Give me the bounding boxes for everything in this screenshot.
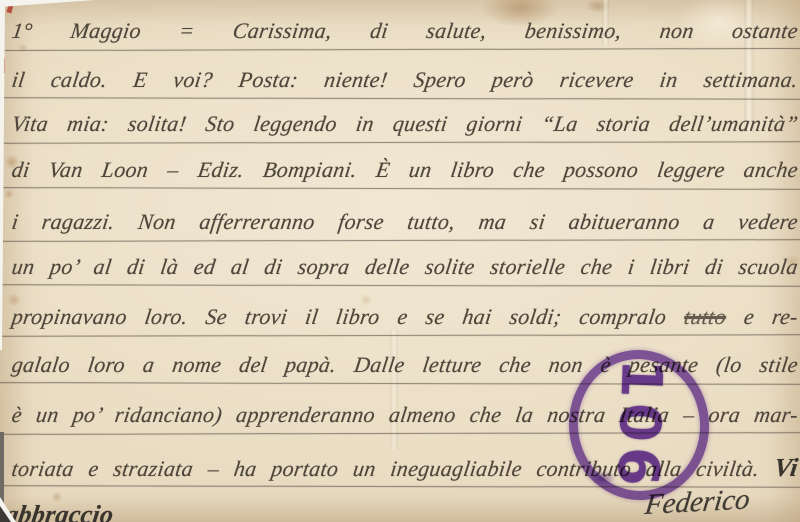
handwritten-line-3: Vita mia: solita! Sto leggendo in questi… — [9, 101, 800, 145]
stamp-ink-blotch — [585, 468, 621, 488]
red-edge-mark — [2, 58, 5, 73]
line-7-text: propinavano loro. Se trovi il libro e se… — [10, 304, 668, 329]
handwritten-line-2: il caldo. E voi? Posta: niente! Spero pe… — [9, 57, 800, 101]
postcard-scan: 1° Maggio = Carissima, di salute, beniss… — [0, 0, 800, 522]
handwritten-line-6: un po’ al di là ed al di sopra delle sol… — [9, 244, 800, 288]
handwritten-line-4: di Van Loon – Ediz. Bompiani. È un libro… — [9, 147, 800, 191]
scan-edge-shadow — [0, 432, 4, 506]
scan-edge-left — [0, 0, 5, 350]
handwritten-line-7: propinavano loro. Se trovi il libro e se… — [9, 294, 800, 338]
handwritten-line-5: i ragazzi. Non afferreranno forse tutto,… — [9, 199, 800, 243]
crossed-out-word: tutto — [683, 304, 728, 329]
red-edge-mark — [7, 0, 15, 13]
handwritten-line-1: 1° Maggio = Carissima, di salute, beniss… — [9, 8, 800, 52]
line-7-text-end: e re- — [742, 304, 799, 329]
